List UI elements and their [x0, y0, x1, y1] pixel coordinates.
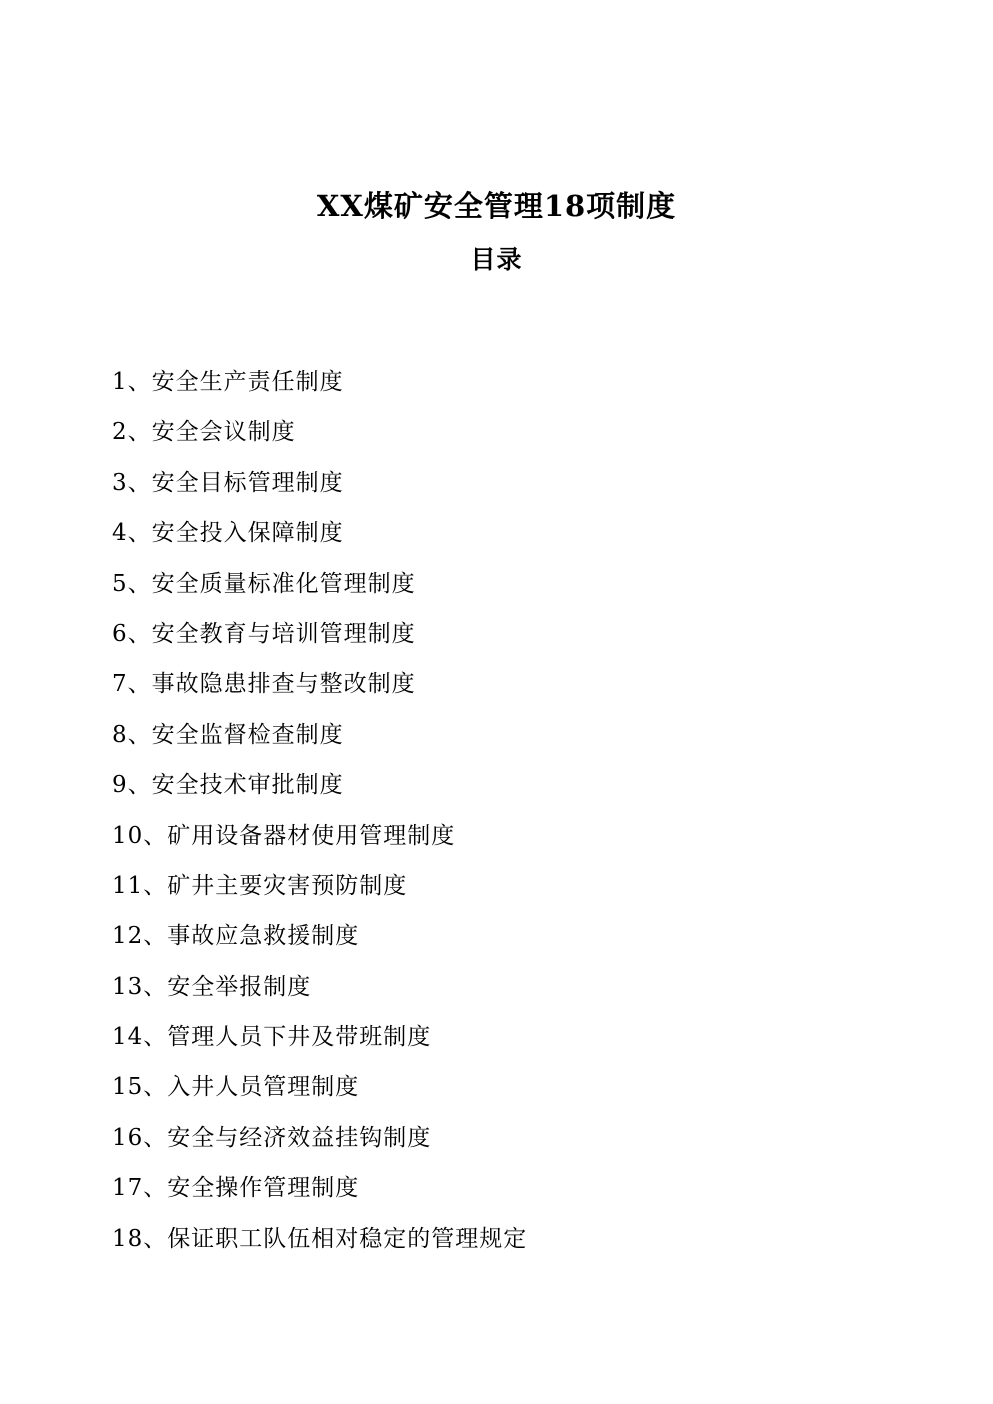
toc-item: 11、矿井主要灾害预防制度 — [112, 861, 933, 911]
toc-item: 4、安全投入保障制度 — [112, 508, 933, 558]
toc-item: 12、事故应急救援制度 — [112, 911, 933, 961]
toc-item: 10、矿用设备器材使用管理制度 — [112, 811, 933, 861]
document-title: XX煤矿安全管理18项制度 — [0, 189, 993, 224]
toc-item: 17、安全操作管理制度 — [112, 1163, 933, 1213]
toc-list: 1、安全生产责任制度 2、安全会议制度 3、安全目标管理制度 4、安全投入保障制… — [112, 357, 933, 1264]
toc-item: 7、事故隐患排查与整改制度 — [112, 659, 933, 709]
toc-item: 1、安全生产责任制度 — [112, 357, 933, 407]
toc-heading: 目录 — [0, 245, 993, 275]
toc-item: 14、管理人员下井及带班制度 — [112, 1012, 933, 1062]
toc-item: 9、安全技术审批制度 — [112, 760, 933, 810]
toc-item: 8、安全监督检查制度 — [112, 710, 933, 760]
toc-item: 3、安全目标管理制度 — [112, 458, 933, 508]
toc-item: 6、安全教育与培训管理制度 — [112, 609, 933, 659]
toc-item: 2、安全会议制度 — [112, 407, 933, 457]
toc-item: 16、安全与经济效益挂钩制度 — [112, 1113, 933, 1163]
toc-item: 15、入井人员管理制度 — [112, 1062, 933, 1112]
toc-item: 5、安全质量标准化管理制度 — [112, 559, 933, 609]
toc-item: 18、保证职工队伍相对稳定的管理规定 — [112, 1214, 933, 1264]
document-page: XX煤矿安全管理18项制度 目录 1、安全生产责任制度 2、安全会议制度 3、安… — [0, 0, 993, 1404]
toc-item: 13、安全举报制度 — [112, 962, 933, 1012]
